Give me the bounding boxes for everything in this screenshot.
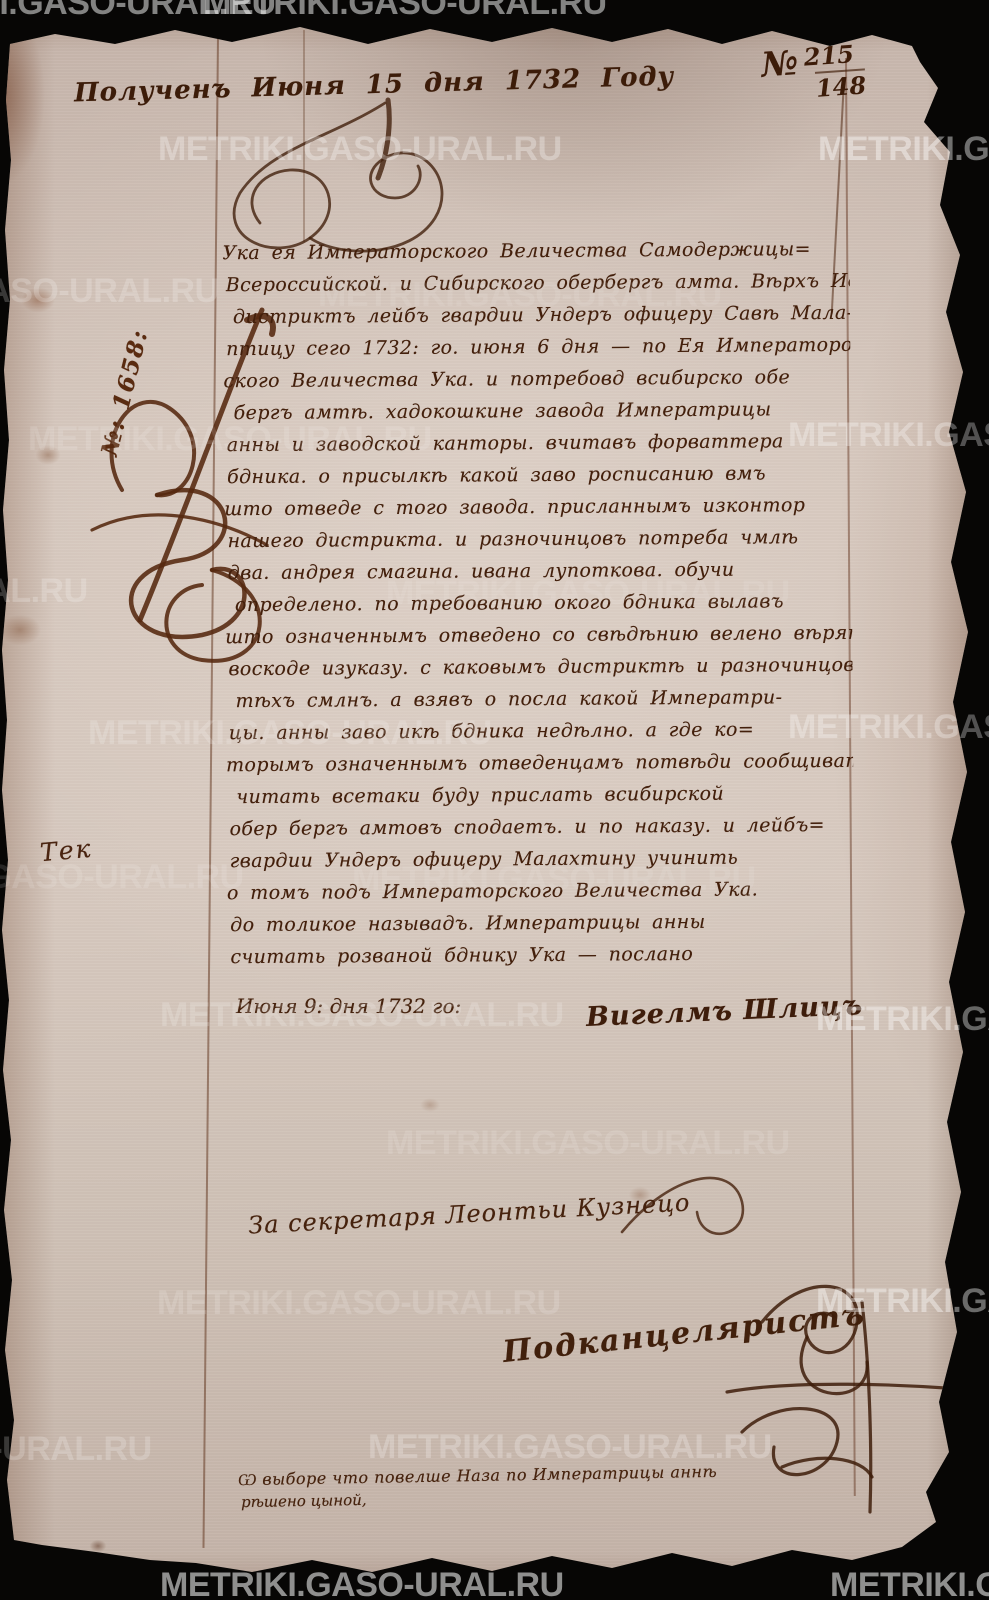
manuscript-page: , Полученъ Июня 15 дня 1732 Году № 215 1… [0, 0, 989, 1600]
body-line: два. андрея смагина. ивана лупоткова. об… [228, 558, 852, 594]
body-line: воскоде изуказу. с каковымъ дистриктѣ и … [228, 654, 852, 690]
body-line: нашего дистрикта. и разночинцовъ потреба… [227, 526, 851, 562]
watermark-text: METRIKI.GASO-URAL.RU [203, 0, 607, 23]
margin-note: Тек [39, 834, 94, 867]
registration-number: № 215 148 [760, 38, 867, 107]
body-line: торымъ означеннымъ отведенцамъ потвѣди с… [226, 750, 853, 786]
body-line: тѣхъ смлнъ. а взявъ о посла какой Импера… [236, 686, 853, 722]
body-line: читать всетаки буду прислать всибирской [236, 782, 853, 818]
body-line: анны и заводской канторы. вчитавъ форват… [227, 430, 851, 466]
ink-speck: , [5, 30, 9, 46]
body-line: о томъ подъ Императорского Величества Ук… [227, 878, 854, 914]
watermark-text: METRIKI.GASO-URAL.RU [830, 1566, 989, 1600]
signature-flourish [722, 1262, 982, 1522]
body-line: птицу сего 1732: го. июня 6 дня — по Ея … [226, 334, 850, 370]
annotation-line-1: Ѡ выборе что повелше Наза по Императрицы… [238, 1462, 717, 1490]
watermark-text: METRIKI.GASO-URAL.RU [160, 1566, 564, 1600]
body-line: бергъ амтѣ. хадокошкине завода Императри… [234, 398, 851, 434]
numero-sign: № [760, 43, 800, 85]
watermark-text: METRIKI.GASO-URAL.RU [0, 0, 276, 23]
body-line: считать розваной бднику Ука — послано [230, 942, 854, 978]
body-line: бдника. о присылкѣ какой заво росписанию… [227, 462, 851, 498]
body-line: дистриктъ лейбъ гвардии Ундеръ офицеру С… [233, 302, 850, 338]
annotation-line-2: рѣшено цыной, [241, 1491, 367, 1511]
body-line: гвардии Ундеръ офицеру Малахтину учинить [230, 846, 854, 882]
body-line: Всероссийской. и Сибирского обербергъ ам… [226, 270, 850, 306]
body-line: Ука ея Императорского Величества Самодер… [222, 238, 849, 274]
number-bottom: 148 [815, 68, 867, 103]
body-line: што означеннымъ отведено со свѣдѣнию вел… [225, 622, 852, 658]
closing-date: Июня 9: дня 1732 го: [236, 994, 461, 1018]
body-line: обер бергъ амтовъ сподаетъ. и по наказу.… [229, 814, 853, 850]
body-text: Ука ея Императорского Величества Самодер… [225, 238, 854, 978]
number-top: 215 [803, 38, 865, 72]
body-line: цы. анны заво икѣ бдника недѣлно. а где … [229, 718, 853, 754]
scanned-manuscript: , Полученъ Июня 15 дня 1732 Году № 215 1… [0, 0, 989, 1600]
body-line: до толикое называдъ. Императрицы анны [230, 910, 854, 946]
body-line: определено. по требованию окого бдника в… [235, 590, 852, 626]
signature: Вигелмъ Шлицъ [585, 990, 863, 1033]
body-line: ского Величества Ука. и потребовд всибир… [223, 366, 850, 402]
number-stack: 215 148 [803, 38, 867, 104]
body-line: што отведе с того завода. присланнымъ из… [224, 494, 851, 530]
secretary-flourish [612, 1152, 762, 1252]
